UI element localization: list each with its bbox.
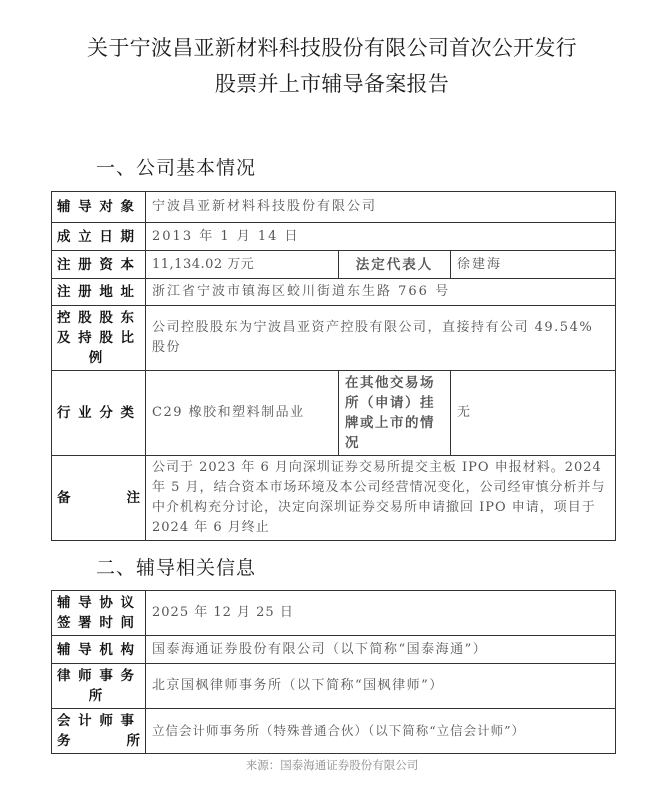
- table-row: 注册地址 浙江省宁波市镇海区蛟川街道东生路 766 号: [52, 279, 616, 306]
- table-row: 辅导机构 国泰海通证券股份有限公司（以下简称“国泰海通”）: [52, 636, 616, 664]
- table-row: 辅导协议 签署时间 2025 年 12 月 25 日: [52, 591, 616, 636]
- label-agreement-line2: 签署时间: [57, 613, 140, 633]
- tutoring-info-table: 辅导协议 签署时间 2025 年 12 月 25 日 辅导机构 国泰海通证券股份…: [51, 590, 616, 754]
- value-remarks: 公司于 2023 年 6 月向深圳证券交易所提交主板 IPO 申报材料。2024…: [146, 456, 616, 541]
- source-caption: 来源：国泰海通证券股份有限公司: [0, 757, 664, 773]
- label-capital: 注册资本: [52, 251, 146, 279]
- label-law-firm-line2: 所: [57, 686, 140, 706]
- value-other-listing: 无: [451, 371, 616, 456]
- label-industry: 行业分类: [52, 371, 146, 456]
- title-line-2: 股票并上市辅导备案报告: [0, 66, 664, 102]
- label-law-firm-line1: 律师事务: [57, 666, 140, 686]
- label-shareholder-line1: 控股股东: [57, 308, 140, 328]
- section1-heading: 一、公司基本情况: [96, 153, 256, 180]
- value-address: 浙江省宁波市镇海区蛟川街道东生路 766 号: [146, 279, 616, 306]
- value-law-firm: 北京国枫律师事务所（以下简称“国枫律师”）: [146, 664, 616, 709]
- value-industry: C29 橡胶和塑料制品业: [146, 371, 339, 456]
- title-line-1: 关于宁波昌亚新材料科技股份有限公司首次公开发行: [0, 30, 664, 66]
- value-capital: 11,134.02 万元: [146, 251, 339, 279]
- label-accounting-firm: 会计师事 务 所: [52, 709, 146, 754]
- label-institution: 辅导机构: [52, 636, 146, 664]
- table-row: 注册资本 11,134.02 万元 法定代表人 徐建海: [52, 251, 616, 279]
- document-title: 关于宁波昌亚新材料科技股份有限公司首次公开发行 股票并上市辅导备案报告: [0, 30, 664, 102]
- label-target: 辅导对象: [52, 192, 146, 223]
- label-accounting-line2-left: 务: [57, 731, 71, 751]
- value-founded: 2013 年 1 月 14 日: [146, 223, 616, 251]
- value-accounting-firm: 立信会计师事务所（特殊普通合伙）（以下简称“立信会计师”）: [146, 709, 616, 754]
- table-row: 辅导对象 宁波昌亚新材料科技股份有限公司: [52, 192, 616, 223]
- value-agreement-date: 2025 年 12 月 25 日: [146, 591, 616, 636]
- value-shareholder: 公司控股股东为宁波昌亚资产控股有限公司，直接持有公司 49.54% 股份: [146, 306, 616, 371]
- label-accounting-line1: 会计师事: [57, 711, 140, 731]
- label-remarks: 备 注: [52, 456, 146, 541]
- table-row: 控股股东 及持股比 例 公司控股股东为宁波昌亚资产控股有限公司，直接持有公司 4…: [52, 306, 616, 371]
- table-row: 备 注 公司于 2023 年 6 月向深圳证券交易所提交主板 IPO 申报材料。…: [52, 456, 616, 541]
- table-row: 成立日期 2013 年 1 月 14 日: [52, 223, 616, 251]
- label-remarks-left: 备: [57, 488, 71, 508]
- value-target: 宁波昌亚新材料科技股份有限公司: [146, 192, 616, 223]
- label-accounting-line2-right: 所: [127, 731, 141, 751]
- label-shareholder: 控股股东 及持股比 例: [52, 306, 146, 371]
- table-row: 行业分类 C29 橡胶和塑料制品业 在其他交易场所（申请）挂牌或上市的情况 无: [52, 371, 616, 456]
- table-row: 会计师事 务 所 立信会计师事务所（特殊普通合伙）（以下简称“立信会计师”）: [52, 709, 616, 754]
- label-agreement-date: 辅导协议 签署时间: [52, 591, 146, 636]
- label-agreement-line1: 辅导协议: [57, 593, 140, 613]
- value-institution: 国泰海通证券股份有限公司（以下简称“国泰海通”）: [146, 636, 616, 664]
- value-legal-rep: 徐建海: [451, 251, 616, 279]
- label-shareholder-line2: 及持股比: [57, 328, 140, 348]
- company-basic-info-table: 辅导对象 宁波昌亚新材料科技股份有限公司 成立日期 2013 年 1 月 14 …: [51, 191, 616, 541]
- label-address: 注册地址: [52, 279, 146, 306]
- table-row: 律师事务 所 北京国枫律师事务所（以下简称“国枫律师”）: [52, 664, 616, 709]
- label-other-listing: 在其他交易场所（申请）挂牌或上市的情况: [339, 371, 451, 456]
- section2-heading: 二、辅导相关信息: [96, 553, 256, 580]
- label-legal-rep: 法定代表人: [339, 251, 451, 279]
- label-remarks-right: 注: [127, 488, 141, 508]
- label-founded: 成立日期: [52, 223, 146, 251]
- label-law-firm: 律师事务 所: [52, 664, 146, 709]
- label-shareholder-line3: 例: [57, 348, 140, 368]
